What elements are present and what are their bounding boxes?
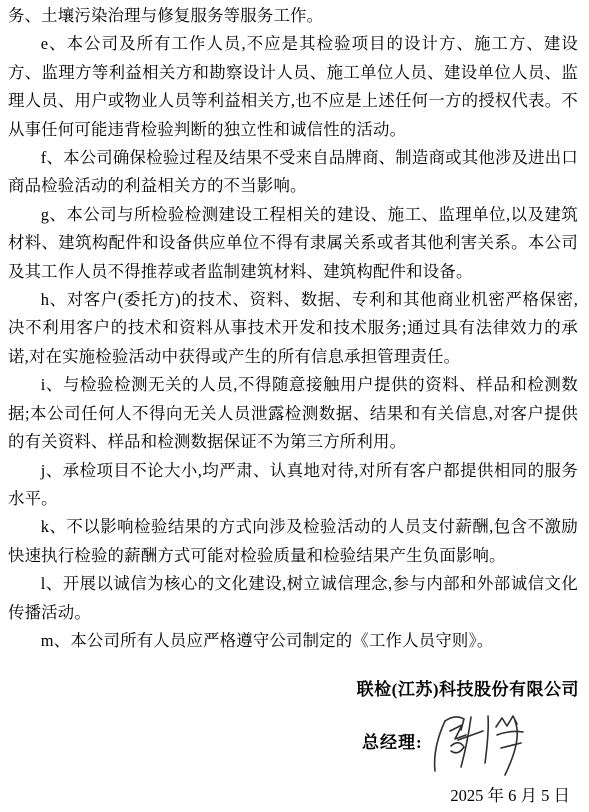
company-name: 联检(江苏)科技股份有限公司 xyxy=(357,678,579,702)
paragraph-g: g、本公司与所检验检测建设工程相关的建设、施工、监理单位,以及建筑材料、建筑构配… xyxy=(8,201,578,286)
paragraph-i: i、与检验检测无关的人员,不得随意接触用户提供的资料、样品和检测数据;本公司任何… xyxy=(8,371,578,456)
date-line: 2025 年 6 月 5 日 xyxy=(450,785,570,807)
signer-title-label: 总经理: xyxy=(362,731,423,755)
paragraph-h: h、对客户(委托方)的技术、资料、数据、专利和其他商业机密严格保密,决不利用客户… xyxy=(8,286,578,371)
paragraph-k: k、不以影响检验结果的方式向涉及检验活动的人员支付薪酬,包含不激励快速执行检验的… xyxy=(8,513,578,570)
paragraph-l: l、开展以诚信为核心的文化建设,树立诚信理念,参与内部和外部诚信文化传播活动。 xyxy=(8,570,578,627)
paragraph-e: e、本公司及所有工作人员,不应是其检验项目的设计方、施工方、建设方、监理方等利益… xyxy=(8,30,578,144)
document-body: 务、土壤污染治理与修复服务等服务工作。 e、本公司及所有工作人员,不应是其检验项… xyxy=(8,2,578,655)
paragraph-m: m、本公司所有人员应严格遵守公司制定的《工作人员守则》。 xyxy=(8,627,578,655)
paragraph-f: f、本公司确保检验过程及结果不受来自品牌商、制造商或其他涉及进出口商品检验活动的… xyxy=(8,144,578,201)
paragraph-j: j、承检项目不论大小,均严肃、认真地对待,对所有客户都提供相同的服务水平。 xyxy=(8,457,578,514)
document-page: 务、土壤污染治理与修复服务等服务工作。 e、本公司及所有工作人员,不应是其检验项… xyxy=(0,0,589,812)
paragraph-continuation: 务、土壤污染治理与修复服务等服务工作。 xyxy=(8,2,578,30)
handwritten-signature xyxy=(422,710,534,780)
